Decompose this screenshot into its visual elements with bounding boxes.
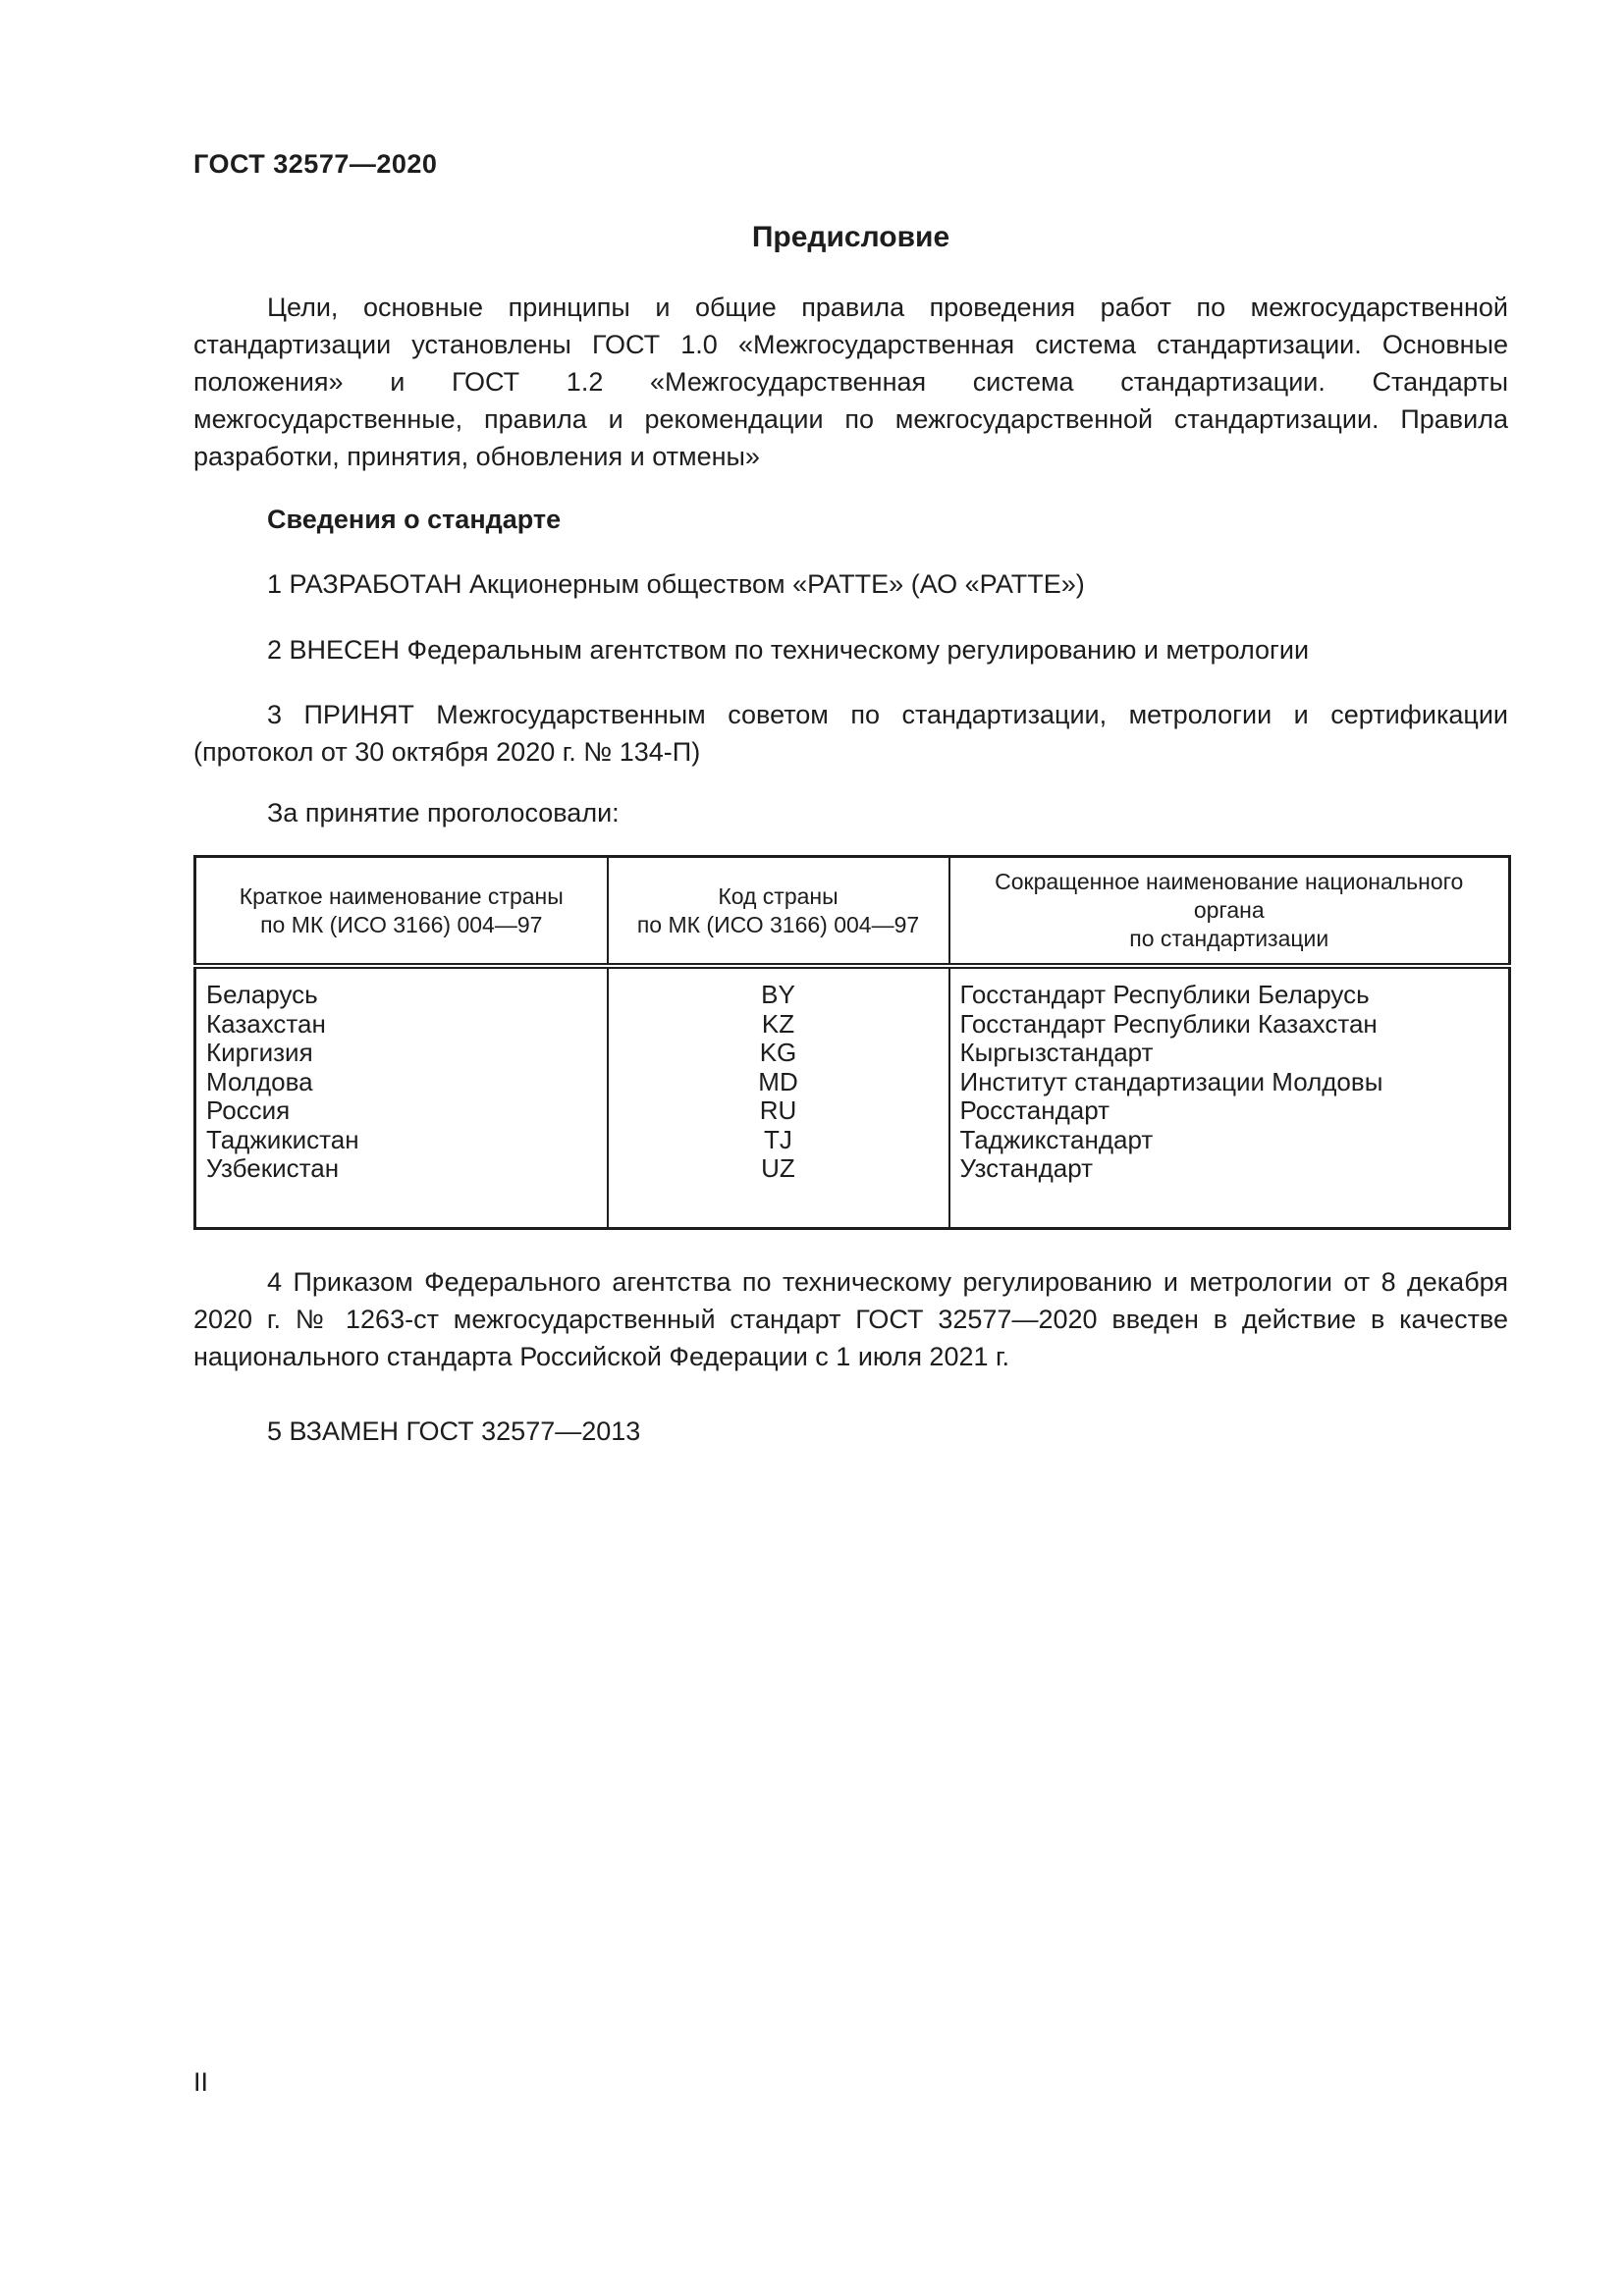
foreword-intro: Цели, основные принципы и общие правила … xyxy=(193,289,1508,475)
page-content: ГОСТ 32577—2020 Предисловие Цели, основн… xyxy=(193,0,1508,1450)
country-name: Киргизия xyxy=(206,1039,597,1068)
foreword-item-1: 1 РАЗРАБОТАН Акционерным обществом «РАТТ… xyxy=(193,565,1508,603)
country-code: KG xyxy=(619,1039,939,1068)
vote-table-header-country: Краткое наименование страны по МК (ИСО 3… xyxy=(195,857,608,967)
country-name: Россия xyxy=(206,1096,597,1126)
page-title: Предисловие xyxy=(193,218,1508,257)
org-name: Институт стандартизации Молдовы xyxy=(960,1068,1499,1097)
org-name: Госстандарт Республики Беларусь xyxy=(960,981,1499,1010)
org-name: Таджикстандарт xyxy=(960,1126,1499,1155)
vote-table-body-row: Беларусь Казахстан Киргизия Молдова Росс… xyxy=(195,966,1510,1228)
header-line: Сокращенное наименование национального о… xyxy=(958,868,1501,925)
vote-table-col-org: Госстандарт Республики Беларусь Госстанд… xyxy=(949,966,1510,1228)
country-code: MD xyxy=(619,1068,939,1097)
vote-table-col-code: BY KZ KG MD RU TJ UZ xyxy=(608,966,949,1228)
standard-info-heading: Сведения о стандарте xyxy=(193,501,1508,538)
header-line: Код страны xyxy=(617,882,941,911)
country-code: BY xyxy=(619,981,939,1010)
header-line: по МК (ИСО 3166) 004—97 xyxy=(204,911,599,939)
country-name: Беларусь xyxy=(206,981,597,1010)
vote-table-header-code: Код страны по МК (ИСО 3166) 004—97 xyxy=(608,857,949,967)
foreword-item-3: 3 ПРИНЯТ Межгосударственным советом по с… xyxy=(193,696,1508,771)
foreword-item-4: 4 Приказом Федерального агентства по тех… xyxy=(193,1263,1508,1375)
vote-table-header-row: Краткое наименование страны по МК (ИСО 3… xyxy=(195,857,1510,967)
vote-lead: За принятие проголосовали: xyxy=(193,794,1508,831)
country-code: RU xyxy=(619,1096,939,1126)
vote-table: Краткое наименование страны по МК (ИСО 3… xyxy=(193,855,1511,1230)
header-line: Краткое наименование страны xyxy=(204,882,599,911)
foreword-item-2: 2 ВНЕСЕН Федеральным агентством по техни… xyxy=(193,631,1508,668)
country-name: Таджикистан xyxy=(206,1126,597,1155)
country-name: Молдова xyxy=(206,1068,597,1097)
country-name: Узбекистан xyxy=(206,1154,597,1184)
vote-table-header-org: Сокращенное наименование национального о… xyxy=(949,857,1510,967)
page-number: II xyxy=(193,2063,208,2101)
org-name: Госстандарт Республики Казахстан xyxy=(960,1010,1499,1040)
country-code: KZ xyxy=(619,1010,939,1040)
org-name: Узстандарт xyxy=(960,1154,1499,1184)
doc-code-header: ГОСТ 32577—2020 xyxy=(193,145,1508,183)
vote-table-col-country: Беларусь Казахстан Киргизия Молдова Росс… xyxy=(195,966,608,1228)
country-name: Казахстан xyxy=(206,1010,597,1040)
org-name: Кыргызстандарт xyxy=(960,1039,1499,1068)
document-page: ГОСТ 32577—2020 Предисловие Цели, основн… xyxy=(0,0,1624,2296)
header-line: по МК (ИСО 3166) 004—97 xyxy=(617,911,941,939)
country-code: TJ xyxy=(619,1126,939,1155)
org-name: Росстандарт xyxy=(960,1096,1499,1126)
header-line: по стандартизации xyxy=(958,925,1501,953)
foreword-item-5: 5 ВЗАМЕН ГОСТ 32577—2013 xyxy=(193,1413,1508,1450)
country-code: UZ xyxy=(619,1154,939,1184)
